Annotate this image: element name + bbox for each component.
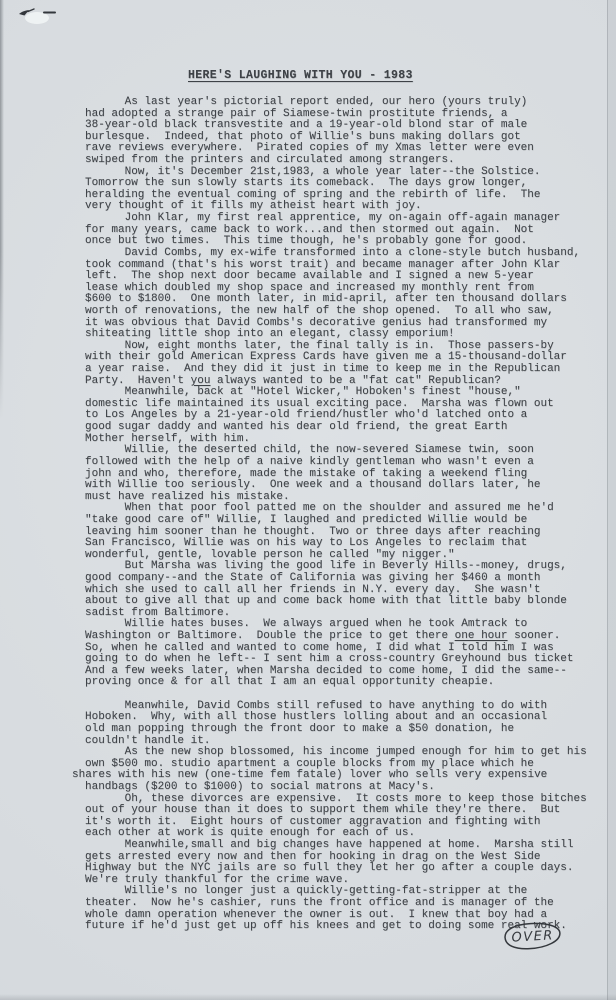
pen-stroke [28, 9, 34, 12]
text-segment: must have realized his mistake. [85, 491, 290, 503]
page-title: HERE'S LAUGHING WITH YOU - 1983 [188, 69, 413, 82]
paragraph: Willie, the deserted child, the now-seve… [85, 445, 587, 503]
text-segment: took command (that's his worst trait) an… [85, 259, 560, 271]
text-segment: proving once & for all that I am an equa… [85, 676, 494, 688]
paragraph: Oh, these divorces are expensive. It cos… [85, 794, 587, 840]
text-segment: handbags ($200 to $1000) to social matro… [85, 781, 435, 793]
text-segment: very thought of it fills my atheist hear… [85, 200, 422, 212]
pen-scribble-icon [13, 3, 75, 33]
underlined-text: one hour [455, 630, 508, 642]
text-segment: each other at work is quite enough for e… [85, 827, 415, 839]
text-segment: once but two times. This time though, he… [85, 235, 527, 247]
paragraph: Meanwhile,small and big changes have hap… [85, 840, 587, 886]
text-segment: to Los Angeles by a 21-year-old friend/h… [85, 409, 527, 421]
text-segment: Willie hates buses. We always argued whe… [85, 618, 527, 630]
text-segment: $600 to $1800. One month later, in mid-a… [85, 293, 567, 305]
text-segment: Mother herself, with him. [85, 433, 250, 445]
text-segment: for many years, came back to work...and … [85, 224, 534, 236]
text-segment: it was obvious that David Combs's decora… [85, 317, 547, 329]
text-segment: rave reviews everywhere. Pirated copies … [85, 142, 534, 154]
text-segment: Willie's no longer just a quickly-gettin… [85, 885, 527, 897]
text-segment: shares with his new (one-time fem fatale… [72, 769, 547, 781]
text-segment: When that poor fool patted me on the sho… [85, 502, 554, 514]
paragraph: Meanwhile, David Combs still refused to … [85, 701, 587, 747]
paragraph: John Klar, my first real apprentice, my … [85, 213, 587, 248]
paragraph: Willie hates buses. We always argued whe… [85, 619, 587, 689]
text-segment: always wanted to be a "fat cat" Republic… [210, 375, 500, 387]
text-segment: about to give all that up and come back … [85, 595, 567, 607]
text-segment: good company--and the State of Californi… [85, 572, 540, 584]
text-segment: sadist from Baltimore. [85, 607, 230, 619]
text-segment: a year raise. And they did it just in ti… [85, 363, 560, 375]
paragraph: Meanwhile, back at "Hotel Wicker," Hobok… [85, 387, 587, 445]
text-segment: Highway but the NYC jails are so full th… [85, 862, 573, 874]
text-segment: Meanwhile, David Combs still refused to … [85, 700, 547, 712]
scan-edge-left [0, 0, 4, 420]
over-annotation: OVER [496, 918, 568, 954]
text-segment: which she used to call all her friends i… [85, 584, 540, 596]
text-segment: As the new shop blossomed, his income ju… [85, 746, 587, 758]
text-segment: 38-year-old black transvestite and a 19-… [85, 119, 527, 131]
text-segment: leaving him sooner than he thought. Two … [85, 526, 540, 538]
text-segment: gets arrested every now and then for hoo… [85, 851, 540, 863]
text-segment: had adopted a strange pair of Siamese-tw… [85, 108, 507, 120]
text-segment: Willie, the deserted child, the now-seve… [85, 444, 534, 456]
text-segment: "take good care of" Willie, I laughed an… [85, 514, 527, 526]
text-segment: Now, it's December 21st,1983, a whole ye… [85, 166, 540, 178]
text-segment: going to do when he left-- I sent him a … [85, 653, 573, 665]
text-segment: theater. Now he's cashier, runs the fron… [85, 897, 554, 909]
text-segment: sooner. [507, 630, 560, 642]
text-segment: couldn't handle it. [85, 735, 210, 747]
paragraph: When that poor fool patted me on the sho… [85, 503, 587, 561]
text-segment: We're truly thankful for the crime wave. [85, 874, 349, 886]
text-segment: David Combs, my ex-wife transformed into… [85, 247, 580, 259]
underlined-text: you [191, 375, 211, 387]
text-segment: followed with the help of a naive kindly… [85, 456, 534, 468]
text-segment: out of your house than it does to suppor… [85, 804, 560, 816]
text-segment: Washington or Baltimore. Double the pric… [85, 630, 455, 642]
document-body: As last year's pictorial report ended, o… [85, 97, 587, 933]
text-segment: old man popping through the front door t… [85, 723, 514, 735]
text-segment: worth of renovations, the new half of th… [85, 305, 554, 317]
text-segment: own $500 mo. studio apartment a couple b… [85, 758, 534, 770]
text-segment: Party. Haven't [85, 375, 191, 387]
paragraph: But Marsha was living the good life in B… [85, 561, 587, 619]
over-label: OVER [511, 928, 554, 945]
paragraph: David Combs, my ex-wife transformed into… [85, 248, 587, 341]
paragraph: Now, it's December 21st,1983, a whole ye… [85, 167, 587, 213]
text-segment: Meanwhile, back at "Hotel Wicker," Hobok… [85, 386, 521, 398]
text-segment: lease which doubled my shop space and in… [85, 282, 534, 294]
text-segment: John Klar, my first real apprentice, my … [85, 212, 560, 224]
text-segment: with Willie too seriously. One week and … [85, 479, 540, 491]
paragraph: As the new shop blossomed, his income ju… [85, 747, 587, 793]
text-segment: Now, eight months later, the final tally… [85, 340, 554, 352]
text-segment: San Francisco, Willie was on his way to … [85, 537, 527, 549]
text-segment: future if he'd just get up off his knees… [85, 920, 567, 932]
paragraph: Now, eight months later, the final tally… [85, 341, 587, 387]
text-segment: Hoboken. Why, with all those hustlers lo… [85, 711, 547, 723]
text-segment: Tomorrow the sun slowly starts its comeb… [85, 177, 527, 189]
text-segment: So, when he called and wanted to come ho… [85, 642, 554, 654]
text-segment: shiteating little shop into an elegant, … [85, 328, 455, 340]
text-segment: wonderful, gentle, lovable person he cal… [85, 549, 455, 561]
text-segment: burlesque. Indeed, that photo of Willie'… [85, 131, 521, 143]
paragraph: As last year's pictorial report ended, o… [85, 97, 587, 167]
text-segment: Oh, these divorces are expensive. It cos… [85, 793, 587, 805]
text-segment: swiped from the printers and circulated … [85, 154, 455, 166]
text-line: proving once & for all that I am an equa… [85, 677, 587, 689]
text-segment: And a few weeks later, when Marsha decid… [85, 665, 567, 677]
text-segment: good sugar daddy and wanted his dear old… [85, 421, 507, 433]
scan-edge-right [607, 0, 616, 1000]
text-segment: domestic life maintained its usual excit… [85, 398, 554, 410]
text-segment: john and who, therefore, made the mistak… [85, 468, 527, 480]
document-page: HERE'S LAUGHING WITH YOU - 1983 As last … [0, 0, 616, 1000]
text-segment: But Marsha was living the good life in B… [85, 560, 567, 572]
text-segment: it's worth it. Eight hours of customer a… [85, 816, 540, 828]
text-segment: whole damn operation whenever the owner … [85, 909, 547, 921]
whiteout-smudge [25, 12, 49, 24]
text-segment: heralding the eventual coming of spring … [85, 189, 540, 201]
text-segment: Meanwhile,small and big changes have hap… [85, 839, 573, 851]
text-segment: As last year's pictorial report ended, o… [85, 96, 527, 108]
text-segment: with their gold American Express Cards h… [85, 351, 567, 363]
scan-edge-bottom [0, 994, 616, 1000]
text-segment: left. The shop next door became availabl… [85, 270, 534, 282]
